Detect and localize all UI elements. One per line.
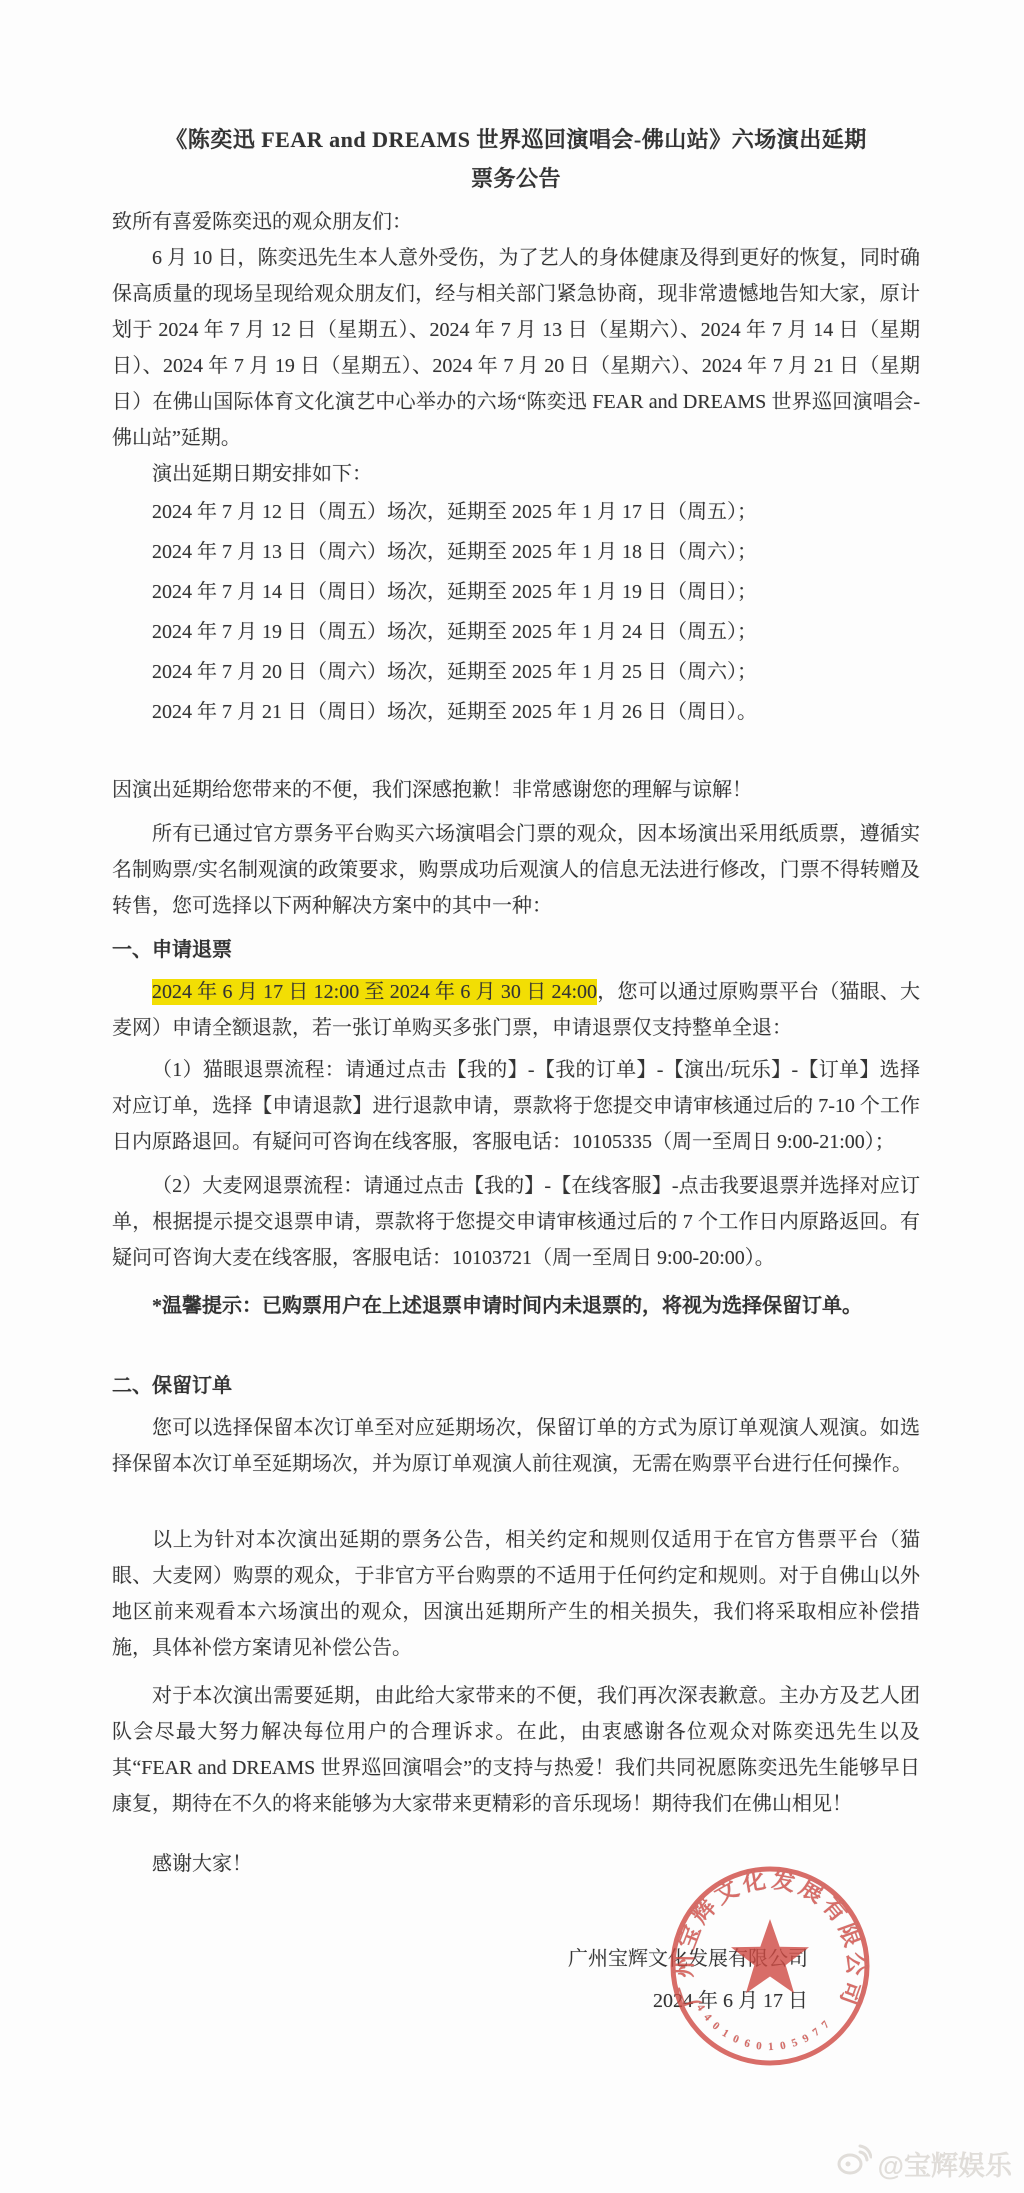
section2-heading: 二、保留订单 [112, 1368, 920, 1404]
signature-company: 广州宝辉文化发展有限公司 [112, 1938, 808, 1980]
refund-window-paragraph: 2024 年 6 月 17 日 12:00 至 2024 年 6 月 30 日 … [112, 974, 920, 1046]
reschedule-item: 2024 年 7 月 21 日（周日）场次，延期至 2025 年 1 月 26 … [152, 692, 920, 732]
document-body: 《陈奕迅 FEAR and DREAMS 世界巡回演唱会-佛山站》六场演出延期 … [112, 0, 920, 2022]
maoyan-refund-paragraph: （1）猫眼退票流程：请通过点击【我的】-【我的订单】-【演出/玩乐】-【订单】选… [112, 1052, 920, 1160]
reschedule-item: 2024 年 7 月 20 日（周六）场次，延期至 2025 年 1 月 25 … [152, 652, 920, 692]
refund-window-highlight: 2024 年 6 月 17 日 12:00 至 2024 年 6 月 30 日 … [152, 979, 597, 1005]
reschedule-item: 2024 年 7 月 14 日（周日）场次，延期至 2025 年 1 月 19 … [152, 572, 920, 612]
watermark-text: @宝辉娱乐 [878, 2144, 1012, 2183]
reschedule-item: 2024 年 7 月 13 日（周六）场次，延期至 2025 年 1 月 18 … [152, 532, 920, 572]
salutation: 致所有喜爱陈奕迅的观众朋友们： [112, 204, 920, 240]
signature-block: 广州宝辉文化发展有限公司 2024 年 6 月 17 日 [112, 1938, 920, 2022]
reminder-tip: *温馨提示：已购票用户在上述退票申请时间内未退票的，将视为选择保留订单。 [112, 1288, 920, 1324]
apology-line: 因演出延期给您带来的不便，我们深感抱歉！非常感谢您的理解与谅解！ [112, 772, 920, 808]
title-line-1: 《陈奕迅 FEAR and DREAMS 世界巡回演唱会-佛山站》六场演出延期 [112, 120, 920, 159]
damai-refund-paragraph: （2）大麦网退票流程：请通过点击【我的】-【在线客服】-点击我要退票并选择对应订… [112, 1168, 920, 1276]
weibo-logo-icon [836, 2144, 872, 2183]
reschedule-item: 2024 年 7 月 12 日（周五）场次，延期至 2025 年 1 月 17 … [152, 492, 920, 532]
title-line-2: 票务公告 [112, 159, 920, 198]
reschedule-list: 2024 年 7 月 12 日（周五）场次，延期至 2025 年 1 月 17 … [112, 492, 920, 732]
scope-paragraph: 以上为针对本次演出延期的票务公告，相关约定和规则仅适用于在官方售票平台（猫眼、大… [112, 1522, 920, 1666]
announcement-document: 《陈奕迅 FEAR and DREAMS 世界巡回演唱会-佛山站》六场演出延期 … [0, 0, 1024, 2193]
keep-order-paragraph: 您可以选择保留本次订单至对应延期场次，保留订单的方式为原订单观演人观演。如选择保… [112, 1410, 920, 1482]
thanks-line: 感谢大家！ [112, 1846, 920, 1882]
weibo-watermark: @宝辉娱乐 [836, 2144, 1012, 2183]
signature-date: 2024 年 6 月 17 日 [112, 1980, 808, 2022]
closing-paragraph: 对于本次演出需要延期，由此给大家带来的不便，我们再次深表歉意。主办方及艺人团队会… [112, 1678, 920, 1822]
document-title: 《陈奕迅 FEAR and DREAMS 世界巡回演唱会-佛山站》六场演出延期 … [112, 120, 920, 198]
reschedule-item: 2024 年 7 月 19 日（周五）场次，延期至 2025 年 1 月 24 … [152, 612, 920, 652]
intro-paragraph: 6 月 10 日，陈奕迅先生本人意外受伤，为了艺人的身体健康及得到更好的恢复，同… [112, 240, 920, 456]
policy-paragraph: 所有已通过官方票务平台购买六场演唱会门票的观众，因本场演出采用纸质票，遵循实名制… [112, 816, 920, 924]
schedule-intro: 演出延期日期安排如下： [112, 456, 920, 492]
section1-heading: 一、申请退票 [112, 932, 920, 968]
